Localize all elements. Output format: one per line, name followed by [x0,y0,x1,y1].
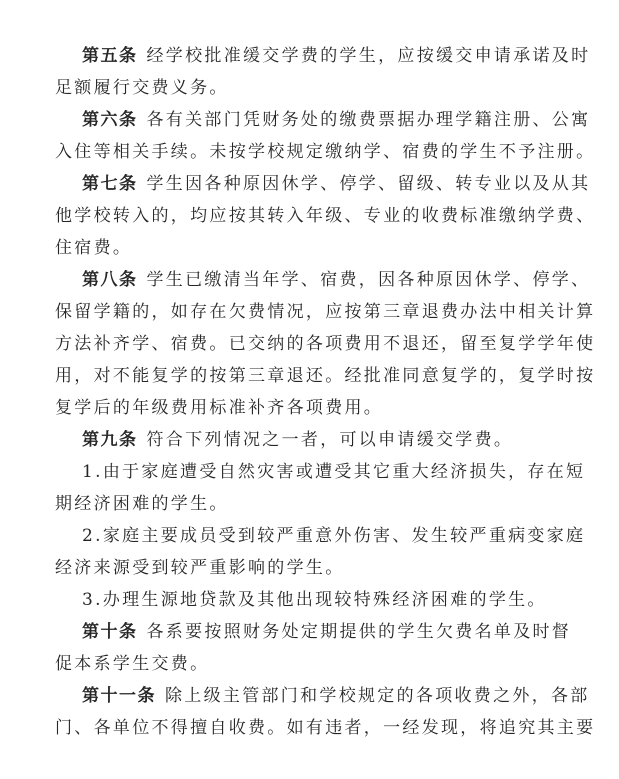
line-text: 保留学籍的，如存在欠费情况，应按第三章退费办法中相关计算 [55,302,595,322]
line-text: 符合下列情况之一者，可以申请缓交学费。 [147,430,514,450]
line-text: 住宿费。 [55,238,132,258]
text-line: 第五条经学校批准缓交学费的学生，应按缓交申请承诺及时 [55,40,603,72]
line-text: 用，对不能复学的按第三章退还。经批准同意复学的，复学时按 [55,366,595,386]
line-text: 复学后的年级费用标准补齐各项费用。 [55,398,383,418]
paragraph-6: 1.由于家庭遭受自然灾害或遭受其它重大经济损失，存在短期经济困难的学生。 [55,456,603,520]
paragraph-8: 3.办理生源地贷款及其他出现较特殊经济困难的学生。 [55,584,603,616]
text-line: 第十一条除上级主管部门和学校规定的各项收费之外，各部 [55,680,603,712]
text-line: 足额履行交费义务。 [55,72,603,104]
line-text: 方法补齐学、宿费。已交纳的各项费用不退还，留至复学学年使 [55,334,595,354]
line-text: 学生已缴清当年学、宿费，因各种原因休学、停学、 [147,270,591,290]
text-line: 第七条学生因各种原因休学、停学、留级、转专业以及从其 [55,168,603,200]
line-text: 足额履行交费义务。 [55,78,229,98]
line-text: 门、各单位不得擅自收费。如有违者，一经发现，将追究其主要 [55,718,595,738]
paragraph-3: 第七条学生因各种原因休学、停学、留级、转专业以及从其他学校转入的，均应按其转入年… [55,168,603,264]
text-line: 促本系学生交费。 [55,648,603,680]
text-line: 第八条学生已缴清当年学、宿费，因各种原因休学、停学、 [55,264,603,296]
text-line: 复学后的年级费用标准补齐各项费用。 [55,392,603,424]
text-line: 住宿费。 [55,232,603,264]
text-line: 第六条各有关部门凭财务处的缴费票据办理学籍注册、公寓 [55,104,603,136]
line-text: 各系要按照财务处定期提供的学生欠费名单及时督 [147,622,572,642]
text-line: 第九条符合下列情况之一者，可以申请缓交学费。 [55,424,603,456]
article-number: 第八条 [82,270,138,290]
paragraph-1: 第五条经学校批准缓交学费的学生，应按缓交申请承诺及时足额履行交费义务。 [55,40,603,104]
text-line: 入住等相关手续。未按学校规定缴纳学、宿费的学生不予注册。 [55,136,603,168]
text-line: 3.办理生源地贷款及其他出现较特殊经济困难的学生。 [55,584,603,616]
line-text: 经济来源受到较严重影响的学生。 [55,558,345,578]
article-number: 第十一条 [82,686,156,706]
text-line: 经济来源受到较严重影响的学生。 [55,552,603,584]
line-text: 他学校转入的，均应按其转入年级、专业的收费标准缴纳学费、 [55,206,595,226]
article-number: 第五条 [82,46,138,66]
paragraph-5: 第九条符合下列情况之一者，可以申请缓交学费。 [55,424,603,456]
text-line: 用，对不能复学的按第三章退还。经批准同意复学的，复学时按 [55,360,603,392]
text-line: 2.家庭主要成员受到较严重意外伤害、发生较严重病变家庭 [55,520,603,552]
text-line: 1.由于家庭遭受自然灾害或遭受其它重大经济损失，存在短 [55,456,603,488]
paragraph-10: 第十一条除上级主管部门和学校规定的各项收费之外，各部门、各单位不得擅自收费。如有… [55,680,603,744]
text-line: 期经济困难的学生。 [55,488,603,520]
text-line: 方法补齐学、宿费。已交纳的各项费用不退还，留至复学学年使 [55,328,603,360]
article-number: 第七条 [82,174,138,194]
article-number: 第十条 [82,622,138,642]
line-text: 学生因各种原因休学、停学、留级、转专业以及从其 [147,174,591,194]
paragraph-2: 第六条各有关部门凭财务处的缴费票据办理学籍注册、公寓入住等相关手续。未按学校规定… [55,104,603,168]
paragraph-9: 第十条各系要按照财务处定期提供的学生欠费名单及时督促本系学生交费。 [55,616,603,680]
document-page: 第五条经学校批准缓交学费的学生，应按缓交申请承诺及时足额履行交费义务。第六条各有… [0,0,619,779]
line-text: 2.家庭主要成员受到较严重意外伤害、发生较严重病变家庭 [82,526,585,546]
text-line: 他学校转入的，均应按其转入年级、专业的收费标准缴纳学费、 [55,200,603,232]
article-number: 第九条 [82,430,138,450]
paragraph-7: 2.家庭主要成员受到较严重意外伤害、发生较严重病变家庭经济来源受到较严重影响的学… [55,520,603,584]
article-number: 第六条 [82,110,138,130]
line-text: 3.办理生源地贷款及其他出现较特殊经济困难的学生。 [82,590,547,610]
line-text: 经学校批准缓交学费的学生，应按缓交申请承诺及时 [147,46,591,66]
line-text: 入住等相关手续。未按学校规定缴纳学、宿费的学生不予注册。 [55,142,595,162]
text-line: 保留学籍的，如存在欠费情况，应按第三章退费办法中相关计算 [55,296,603,328]
line-text: 1.由于家庭遭受自然灾害或遭受其它重大经济损失，存在短 [82,462,585,482]
line-text: 各有关部门凭财务处的缴费票据办理学籍注册、公寓 [147,110,591,130]
text-line: 门、各单位不得擅自收费。如有违者，一经发现，将追究其主要 [55,712,603,744]
line-text: 除上级主管部门和学校规定的各项收费之外，各部 [165,686,590,706]
paragraph-4: 第八条学生已缴清当年学、宿费，因各种原因休学、停学、保留学籍的，如存在欠费情况，… [55,264,603,424]
text-line: 第十条各系要按照财务处定期提供的学生欠费名单及时督 [55,616,603,648]
line-text: 促本系学生交费。 [55,654,209,674]
line-text: 期经济困难的学生。 [55,494,229,514]
